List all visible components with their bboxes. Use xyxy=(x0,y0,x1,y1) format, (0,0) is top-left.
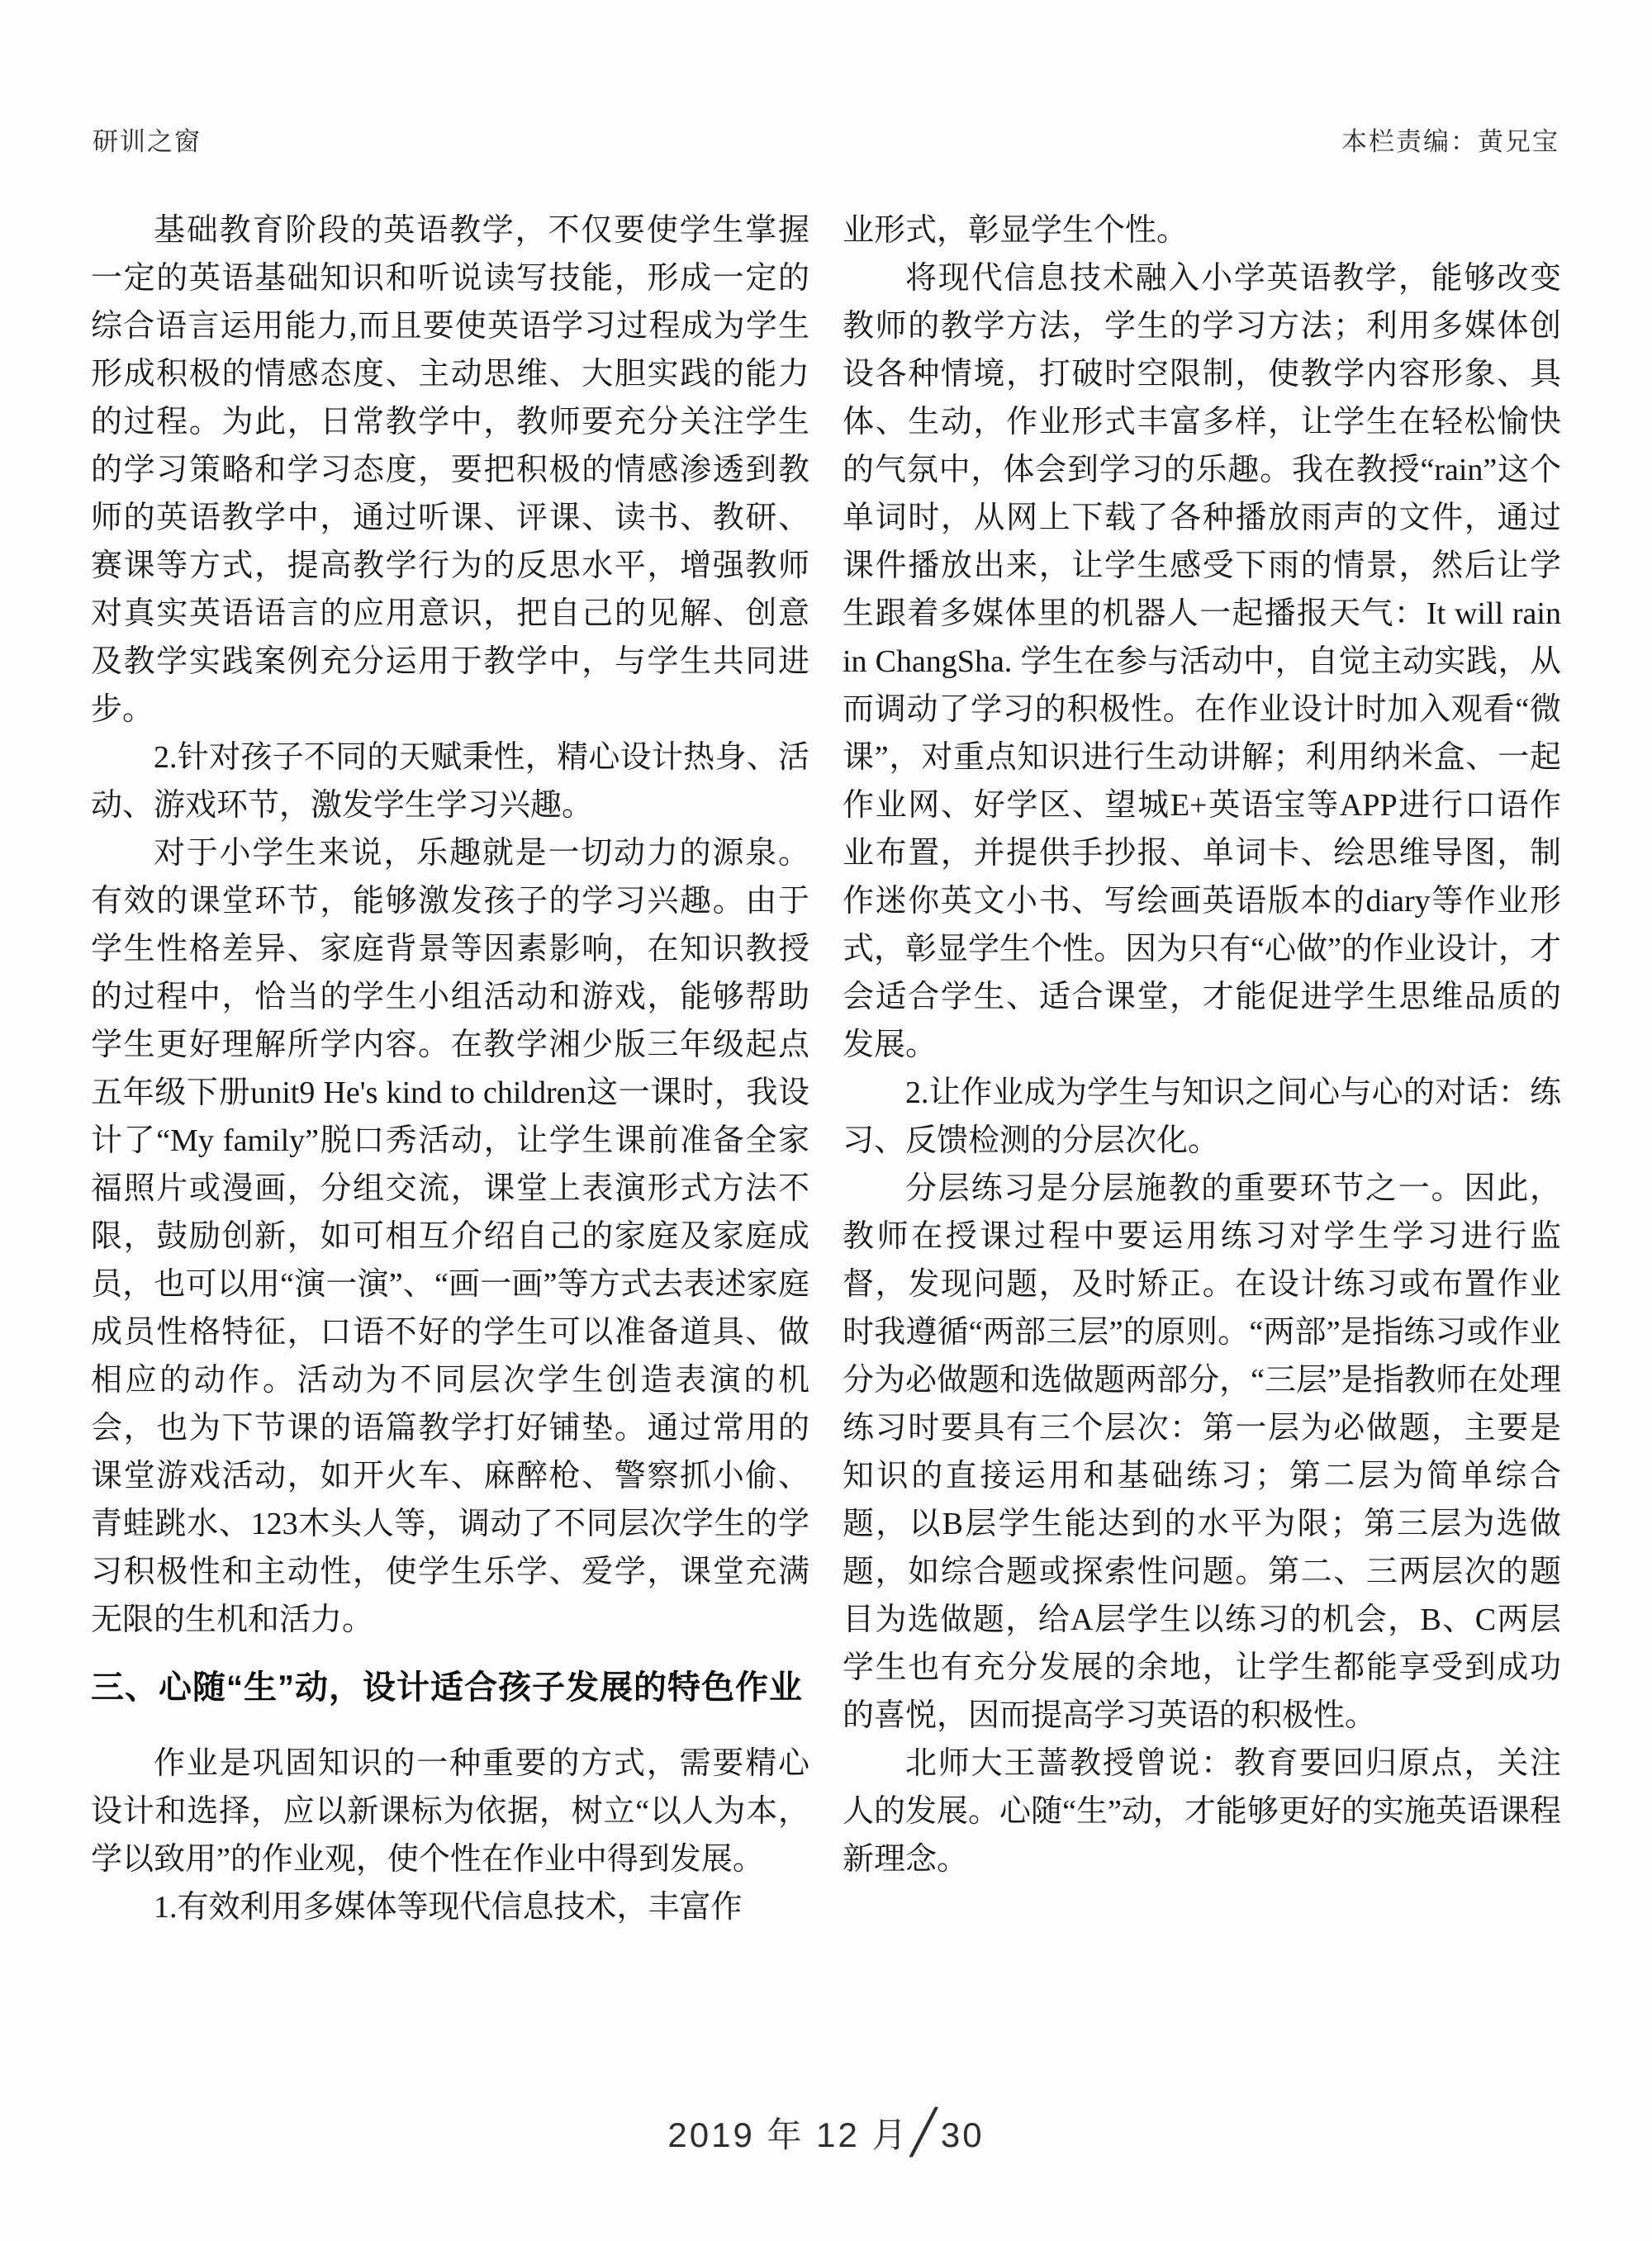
paragraph: 2.让作业成为学生与知识之间心与心的对话：练习、反馈检测的分层次化。 xyxy=(843,1069,1561,1165)
column-section-title: 研训之窗 xyxy=(93,121,202,158)
article-body: 基础教育阶段的英语教学，不仅要使学生掌握一定的英语基础知识和听说读写技能，形成一… xyxy=(91,207,1561,1931)
column-editor-credit: 本栏责编：黄兄宝 xyxy=(1341,121,1559,158)
paragraph: 作业是巩固知识的一种重要的方式，需要精心设计和选择，应以新课标为依据，树立“以人… xyxy=(91,1740,809,1883)
footer-date: 2019 年 12 月 xyxy=(667,2115,909,2154)
paragraph: 业形式，彰显学生个性。 xyxy=(843,207,1561,254)
journal-page: 研训之窗 本栏责编：黄兄宝 基础教育阶段的英语教学，不仅要使学生掌握一定的英语基… xyxy=(0,0,1652,2241)
right-column: 业形式，彰显学生个性。 将现代信息技术融入小学英语教学，能够改变教师的教学方法，… xyxy=(843,207,1561,1931)
footer-separator: ╱ xyxy=(911,2109,939,2157)
paragraph: 1.有效利用多媒体等现代信息技术，丰富作 xyxy=(91,1883,809,1931)
paragraph: 将现代信息技术融入小学英语教学，能够改变教师的教学方法，学生的学习方法；利用多媒… xyxy=(843,254,1561,1069)
paragraph: 2.针对孩子不同的天赋秉性，精心设计热身、活动、游戏环节，激发学生学习兴趣。 xyxy=(91,734,809,829)
page-header: 研训之窗 本栏责编：黄兄宝 xyxy=(93,121,1559,158)
paragraph: 分层练习是分层施教的重要环节之一。因此，教师在授课过程中要运用练习对学生学习进行… xyxy=(843,1165,1561,1740)
footer-page-number: 30 xyxy=(941,2115,985,2154)
paragraph: 北师大王蔷教授曾说：教育要回归原点，关注人的发展。心随“生”动，才能够更好的实施… xyxy=(843,1740,1561,1883)
page-footer: 2019 年 12 月╱30 xyxy=(0,2108,1652,2158)
left-column: 基础教育阶段的英语教学，不仅要使学生掌握一定的英语基础知识和听说读写技能，形成一… xyxy=(91,207,809,1931)
paragraph: 对于小学生来说，乐趣就是一切动力的源泉。有效的课堂环节，能够激发孩子的学习兴趣。… xyxy=(91,829,809,1644)
section-heading: 三、心随“生”动，设计适合孩子发展的特色作业 xyxy=(91,1665,809,1710)
paragraph: 基础教育阶段的英语教学，不仅要使学生掌握一定的英语基础知识和听说读写技能，形成一… xyxy=(91,207,809,734)
